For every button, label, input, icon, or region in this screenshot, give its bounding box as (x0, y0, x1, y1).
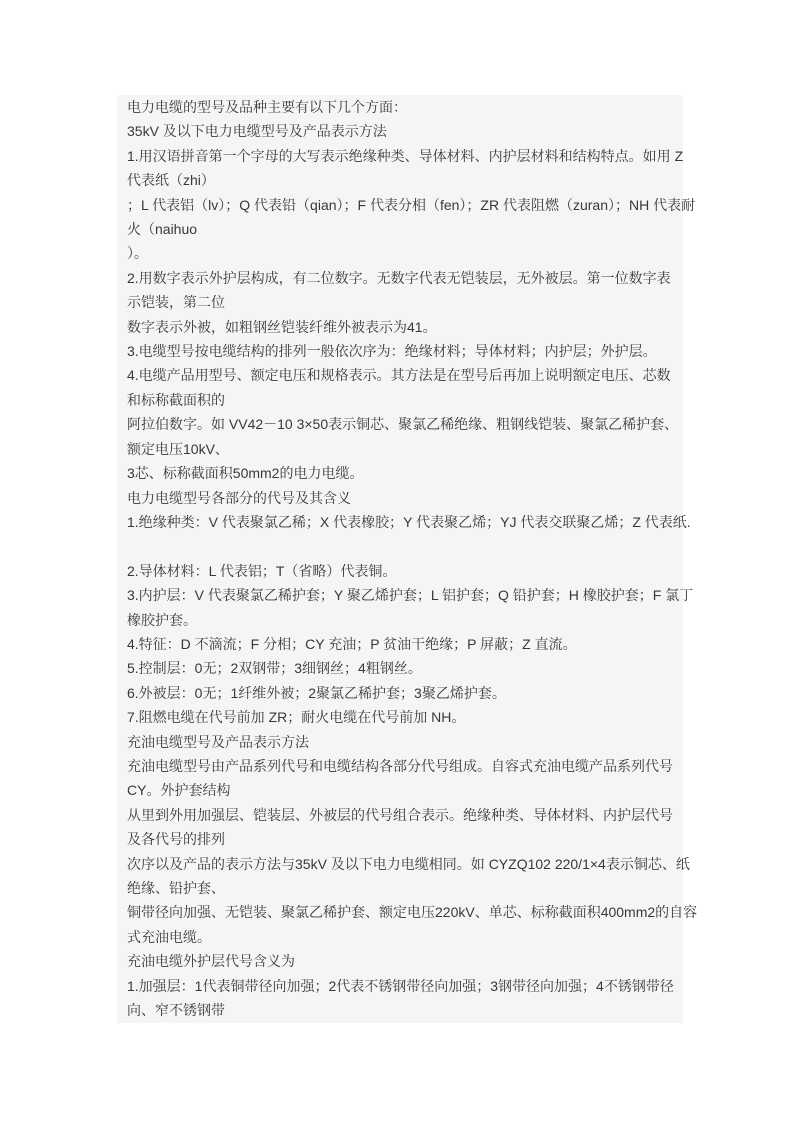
text-line: ；L 代表铝（lv）；Q 代表铅（qian）；F 代表分相（fen）；ZR 代表… (127, 193, 675, 217)
text-line: 阿拉伯数字。如 VV42－10 3×50表示铜芯、聚氯乙稀绝缘、粗钢线铠装、聚氯… (127, 412, 675, 436)
text-line: 示铠装，第二位 (127, 290, 675, 314)
text-line: 次序以及产品的表示方法与35kV 及以下电力电缆相同。如 CYZQ102 220… (127, 852, 675, 876)
text-line: 代表纸（zhi） (127, 168, 675, 192)
section-heading-oil-filled: 充油电缆型号及产品表示方法 (127, 730, 675, 754)
blank-line (127, 534, 675, 558)
text-line: ）。 (127, 241, 675, 265)
text-line: 火（naihuo (127, 217, 675, 241)
text-line: 数字表示外被，如粗钢丝铠装纤维外被表示为41。 (127, 315, 675, 339)
section-heading-35kv-method: 35kV 及以下电力电缆型号及产品表示方法 (127, 119, 675, 143)
text-line: 3.电缆型号按电缆结构的排列一般依次序为：绝缘材料；导体材料；内护层；外护层。 (127, 339, 675, 363)
text-line: 6.外被层：0无；1纤维外被；2聚氯乙稀护套；3聚乙烯护套。 (127, 681, 675, 705)
text-line: 1.加强层：1代表铜带径向加强；2代表不锈钢带径向加强；3钢带径向加强；4不锈钢… (127, 974, 675, 998)
text-line: 和标称截面积的 (127, 388, 675, 412)
text-line: 3.内护层：V 代表聚氯乙稀护套；Y 聚乙烯护套；L 铝护套；Q 铅护套；H 橡… (127, 583, 675, 607)
text-line: 1.用汉语拼音第一个字母的大写表示绝缘种类、导体材料、内护层材料和结构特点。如用… (127, 144, 675, 168)
doc-intro-line: 电力电缆的型号及品种主要有以下几个方面： (127, 95, 675, 119)
section-heading-outer-layer: 充油电缆外护层代号含义为 (127, 949, 675, 973)
section-heading-code-meaning: 电力电缆型号各部分的代号及其含义 (127, 486, 675, 510)
text-line: 2.导体材料：L 代表铝；T（省略）代表铜。 (127, 559, 675, 583)
text-line: 铜带径向加强、无铠装、聚氯乙稀护套、额定电压220kV、单芯、标称截面积400m… (127, 900, 675, 924)
text-line: 1.绝缘种类：V 代表聚氯乙稀；X 代表橡胶；Y 代表聚乙烯；YJ 代表交联聚乙… (127, 510, 675, 534)
text-line: 4.特征：D 不滴流；F 分相；CY 充油；P 贫油干绝缘；P 屏蔽；Z 直流。 (127, 632, 675, 656)
text-line: 橡胶护套。 (127, 608, 675, 632)
text-line: CY。外护套结构 (127, 778, 675, 802)
text-line: 7.阻燃电缆在代号前加 ZR；耐火电缆在代号前加 NH。 (127, 705, 675, 729)
text-line: 绝缘、铅护套、 (127, 876, 675, 900)
text-line: 式充油电缆。 (127, 925, 675, 949)
text-line: 向、窄不锈钢带 (127, 998, 675, 1022)
text-line: 4.电缆产品用型号、额定电压和规格表示。其方法是在型号后再加上说明额定电压、芯数 (127, 363, 675, 387)
text-line: 额定电压10kV、 (127, 437, 675, 461)
text-line: 2.用数字表示外护层构成，有二位数字。无数字代表无铠装层，无外被层。第一位数字表 (127, 266, 675, 290)
document-content-box: 电力电缆的型号及品种主要有以下几个方面： 35kV 及以下电力电缆型号及产品表示… (117, 95, 683, 1023)
text-line: 3芯、标称截面积50mm2的电力电缆。 (127, 461, 675, 485)
text-line: 从里到外用加强层、铠装层、外被层的代号组合表示。绝缘种类、导体材料、内护层代号 (127, 803, 675, 827)
text-line: 及各代号的排列 (127, 827, 675, 851)
text-line: 充油电缆型号由产品系列代号和电缆结构各部分代号组成。自容式充油电缆产品系列代号 (127, 754, 675, 778)
text-line: 5.控制层：0无；2双钢带；3细钢丝；4粗钢丝。 (127, 656, 675, 680)
